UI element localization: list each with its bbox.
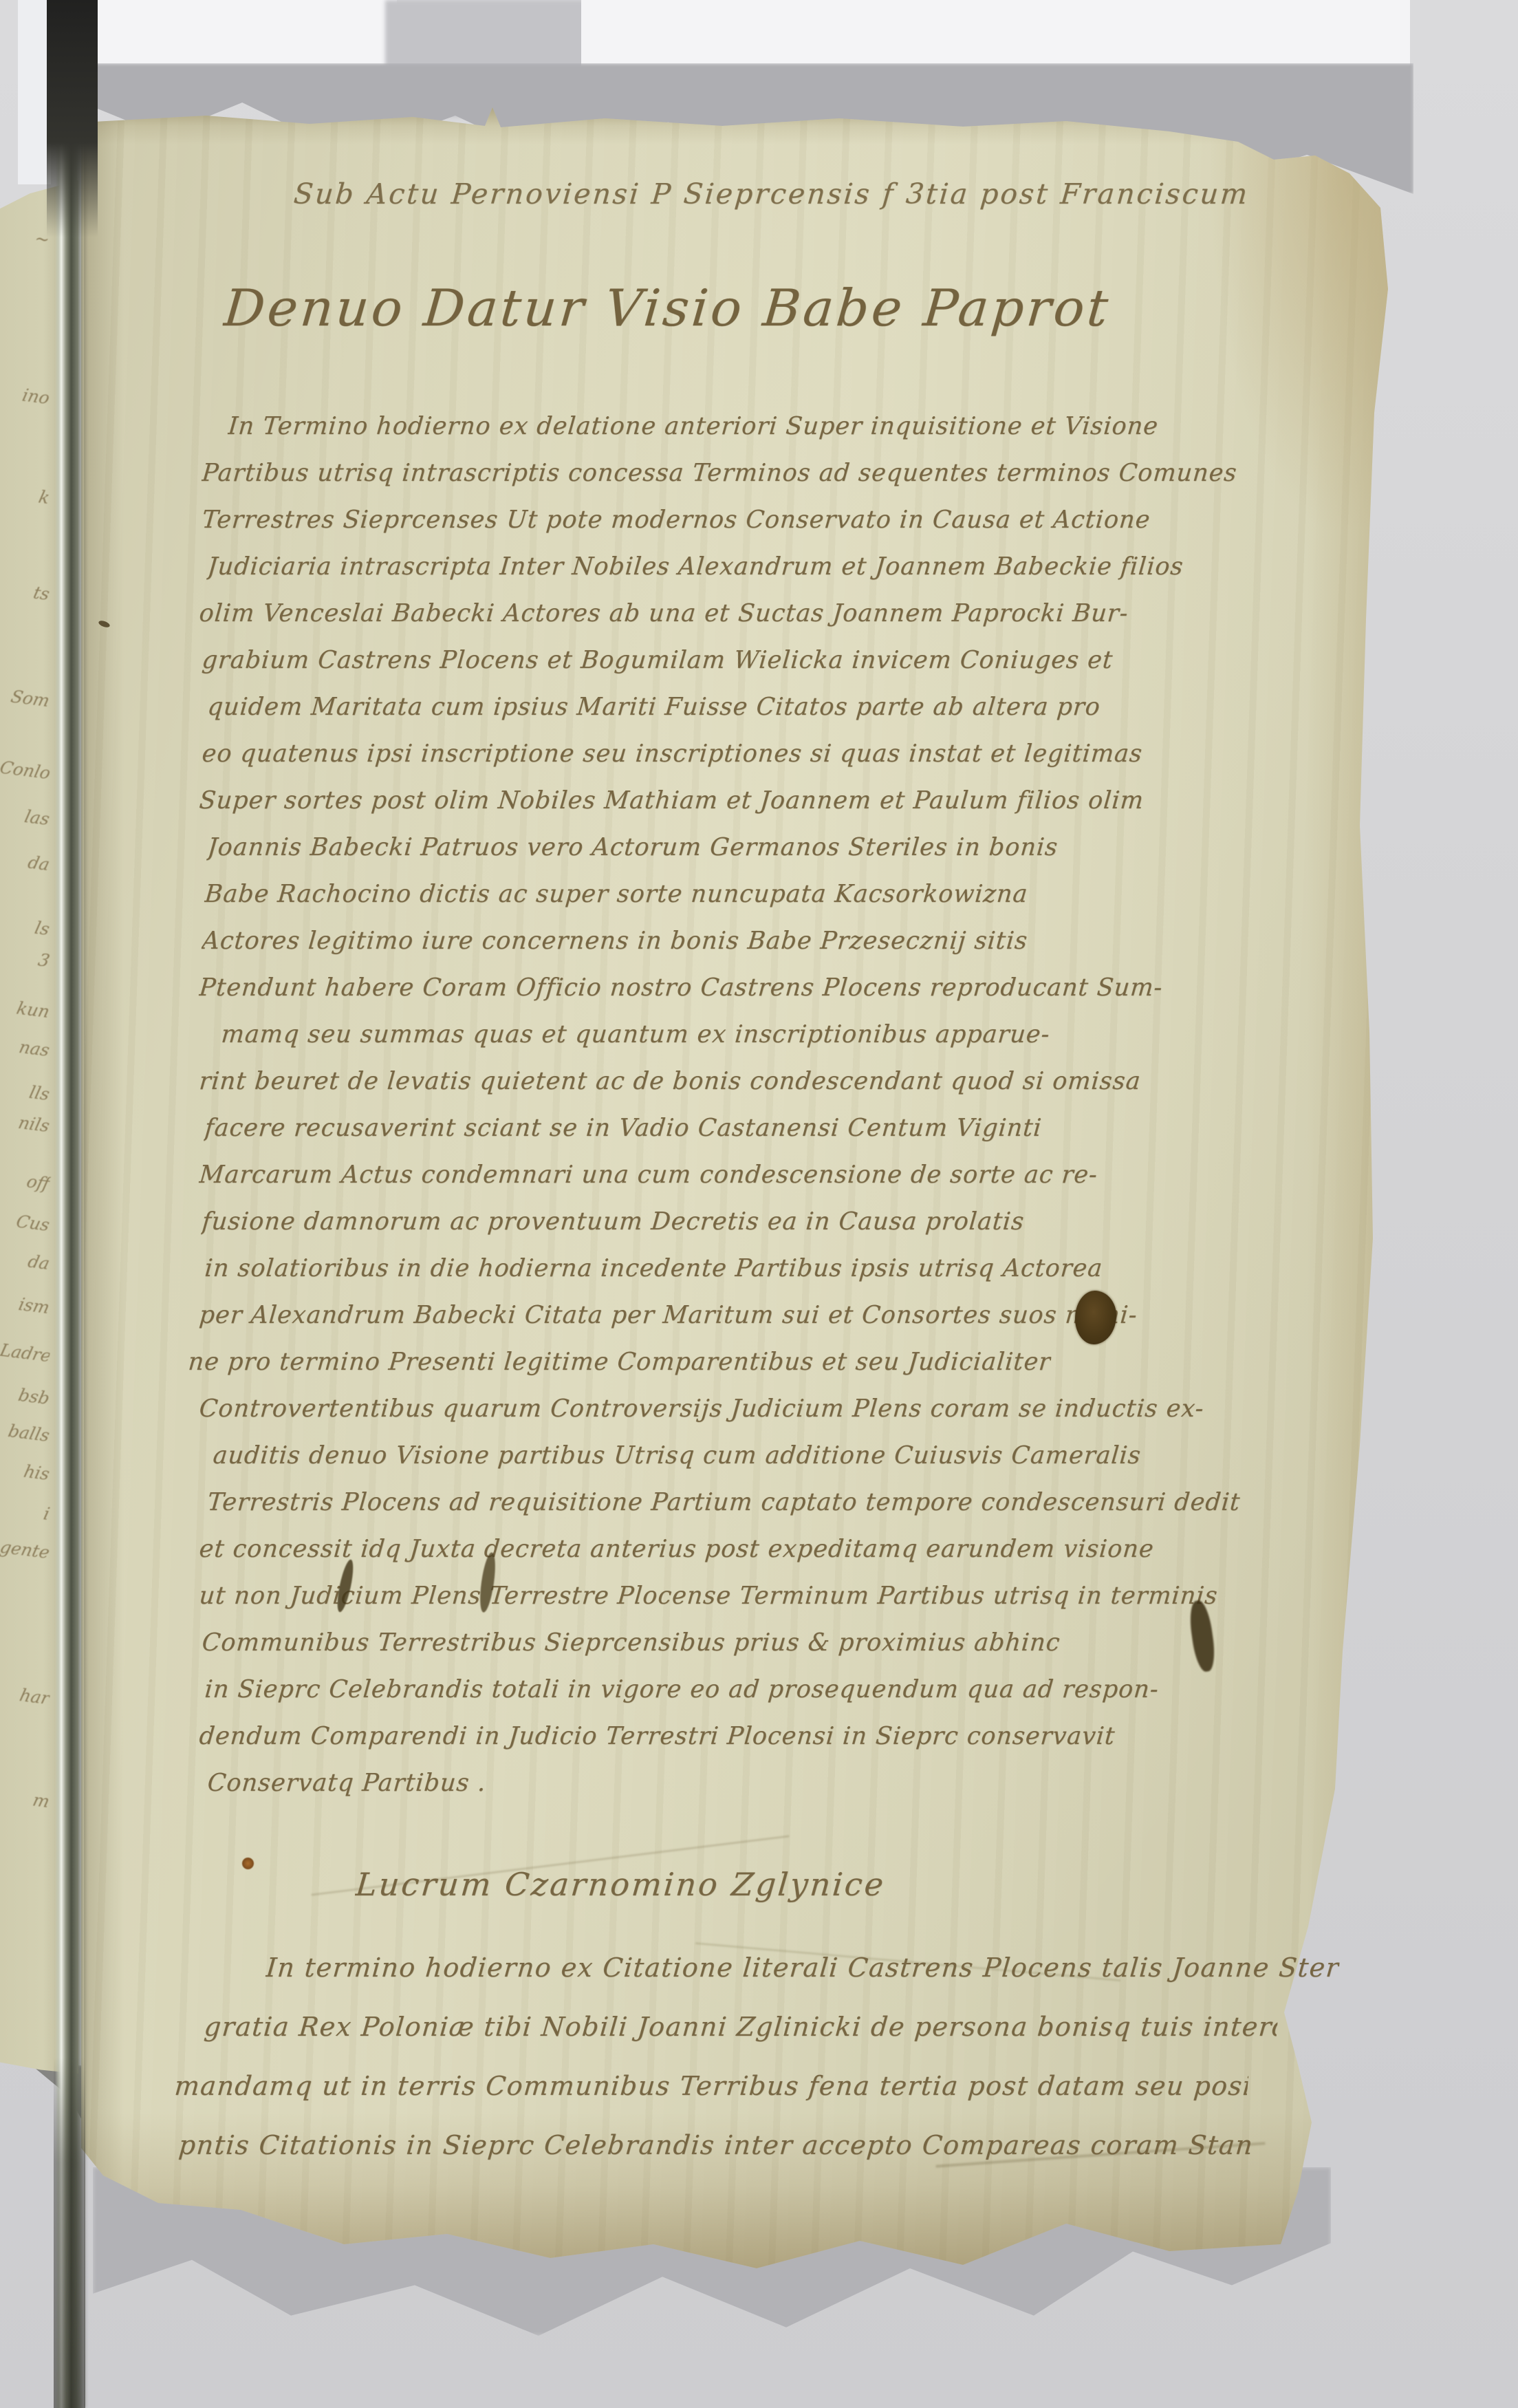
body-line: Ptendunt habere Coram Officio nostro Cas…	[198, 974, 1164, 1002]
closing-line: mandamq ut in terris Communibus Terribus…	[173, 2071, 1249, 2101]
margin-fragment: Som	[0, 685, 52, 711]
margin-fragment: kun	[0, 996, 52, 1022]
margin-fragment: off	[0, 1168, 52, 1194]
body-line: ne pro termino Presenti legitime Compare…	[187, 1348, 1052, 1376]
interleaf-sheet-sliver	[18, 0, 51, 184]
margin-fragment: bsb	[0, 1383, 52, 1408]
margin-fragment: har	[0, 1683, 52, 1708]
margin-fragment: 3	[0, 945, 52, 971]
body-line: grabium Castrens Plocens et Bogumilam Wi…	[201, 647, 1114, 674]
body-line: Joannis Babecki Patruos vero Actorum Ger…	[206, 834, 1059, 861]
rust-spot	[242, 1858, 254, 1869]
margin-fragment: ~	[0, 224, 52, 250]
body-line: Judiciaria intrascripta Inter Nobiles Al…	[206, 553, 1184, 581]
margin-fragment: balls	[0, 1420, 52, 1445]
body-line: mamq seu summas quas et quantum ex inscr…	[220, 1021, 1051, 1049]
margin-fragment: ino	[0, 383, 52, 408]
body-line: Actores legitimo iure concernens in boni…	[201, 927, 1029, 955]
body-line: eo quatenus ipsi inscriptione seu inscri…	[201, 740, 1144, 768]
glass-weight-rod-top	[47, 0, 98, 237]
body-line: in solatioribus in die hodierna incedent…	[204, 1255, 1104, 1282]
margin-fragment: nils	[0, 1110, 52, 1136]
margin-fragment: his	[0, 1459, 52, 1484]
body-line: Controvertentibus quarum Controversijs J…	[198, 1395, 1205, 1423]
body-line: ut non Judicium Plens Terrestre Plocense…	[198, 1582, 1219, 1610]
body-line: quidem Maritata cum ipsius Mariti Fuisse…	[206, 694, 1102, 721]
margin-fragment: Ladrey	[0, 1340, 52, 1366]
margin-fragment: Conlon	[0, 757, 52, 783]
body-line: et concessit idq Juxta decreta anterius …	[198, 1536, 1155, 1563]
body-line: auditis denuo Visione partibus Utrisq cu…	[212, 1442, 1142, 1470]
body-line: per Alexandrum Babecki Citata per Maritu…	[198, 1302, 1138, 1329]
body-line: Super sortes post olim Nobiles Mathiam e…	[198, 787, 1145, 815]
body-line: fusione damnorum ac proventuum Decretis …	[201, 1208, 1026, 1236]
margin-fragment: da	[0, 849, 52, 874]
closing-line: pntis Citationis in Sieprc Celebrandis i…	[177, 2130, 1253, 2160]
body-line: facere recusaverint sciant se in Vadio C…	[204, 1115, 1043, 1142]
margin-fragment: las	[0, 804, 52, 829]
body-line: rint beuret de levatis quietent ac de bo…	[198, 1068, 1142, 1095]
page-title: Denuo Datur Visio Babe Paprotki .	[221, 279, 1114, 338]
margin-fragment: i	[0, 1498, 52, 1524]
header-line: Sub Actu Pernoviensi P Sieprcensis f 3ti…	[292, 178, 1327, 211]
margin-fragment: ism	[0, 1292, 52, 1318]
margin-fragment: gente	[0, 1537, 52, 1562]
photo-of-manuscript: ~ ino k ts Som Conlon las da ls 3 kun na…	[0, 0, 1518, 2408]
glass-weight-rod	[55, 0, 84, 2408]
margin-fragment: k	[0, 482, 52, 508]
body-line: olim Venceslai Babecki Actores ab una et…	[198, 600, 1129, 627]
body-line: Partibus utrisq intrascriptis concessa T…	[201, 460, 1238, 487]
body-line: In Termino hodierno ex delatione anterio…	[227, 413, 1160, 440]
closing-line: In termino hodierno ex Citatione literal…	[265, 1953, 1341, 1983]
margin-fragment: lls	[0, 1079, 52, 1104]
body-line: Conservatq Partibus .	[206, 1770, 488, 1797]
margin-fragment: Cus	[0, 1210, 52, 1235]
body-line: Communibus Terrestribus Sieprcensibus pr…	[201, 1629, 1061, 1657]
body-line: dendum Comparendi in Judicio Terrestri P…	[198, 1723, 1116, 1750]
body-line: Terrestris Plocens ad requisitione Parti…	[206, 1489, 1241, 1516]
body-line: Babe Rachocino dictis ac super sorte nun…	[204, 881, 1029, 908]
subheading: Lucrum Czarnomino Zglynice	[354, 1866, 1114, 1903]
margin-fragment: nas	[0, 1035, 52, 1060]
margin-fragment: ls	[0, 914, 52, 939]
glass-weight-rod-bottom	[54, 2057, 85, 2408]
closing-line: gratia Rex Poloniæ tibi Nobili Joanni Zg…	[203, 2012, 1279, 2042]
body-line: in Sieprc Celebrandis totali in vigore e…	[204, 1676, 1160, 1703]
body-line: Marcarum Actus condemnari una cum condes…	[198, 1161, 1099, 1189]
margin-fragment: ts	[0, 579, 52, 604]
body-line: Terrestres Sieprcenses Ut pote modernos …	[201, 506, 1151, 534]
margin-fragment: da	[0, 1248, 52, 1273]
margin-fragment: m	[0, 1786, 52, 1812]
